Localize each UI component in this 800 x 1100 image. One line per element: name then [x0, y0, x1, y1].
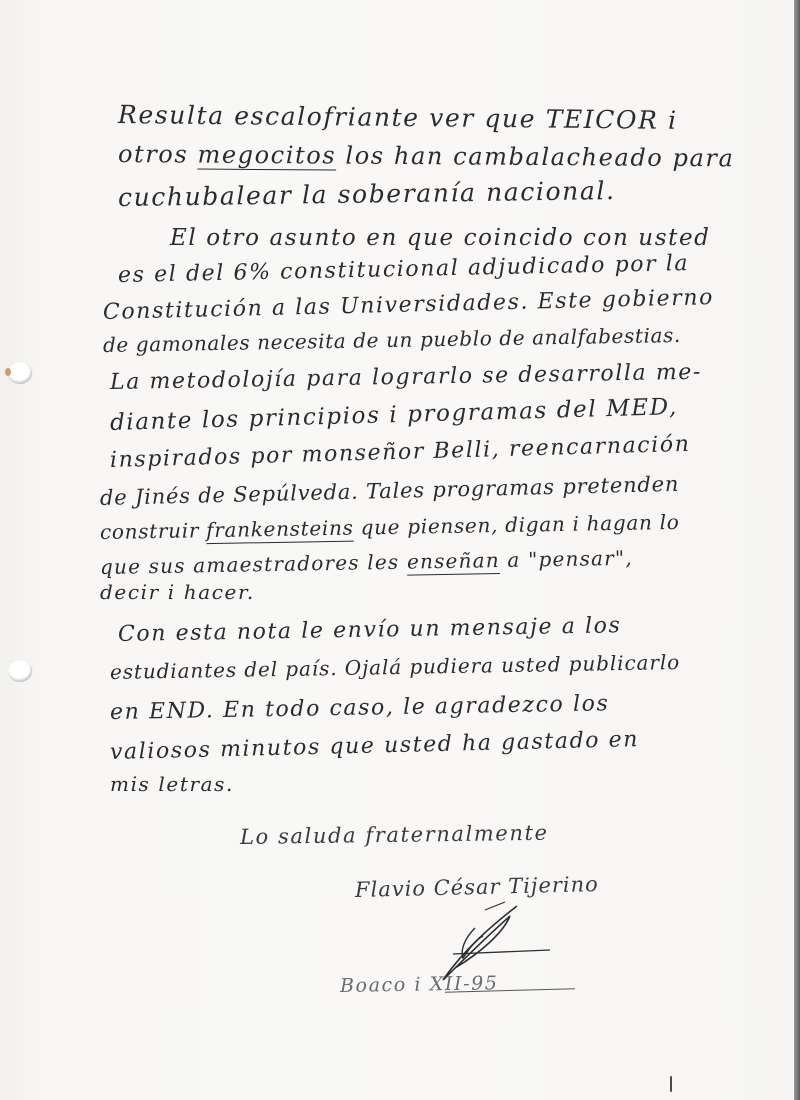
letter-line: valiosos minutos que usted ha gastado en [110, 727, 640, 765]
letter-line: Resulta escalofriante ver que TEICOR i [118, 100, 678, 135]
letter-line: otros megocitos los han cambalacheado pa… [118, 140, 735, 172]
scan-edge [794, 0, 800, 1100]
underlined-word: enseñan [407, 548, 500, 574]
letter-line: que sus amaestradores les enseñan a "pen… [100, 546, 633, 579]
letter-line: La metodolojía para lograrlo se desarrol… [110, 360, 702, 395]
underlined-word: frankensteins [206, 516, 354, 543]
text-segment: los han cambalacheado para [336, 142, 734, 173]
text-segment: a "pensar", [500, 546, 633, 572]
letter-line: de gamonales necesita de un pueblo de an… [103, 323, 681, 357]
letter-line: Constitución a las Universidades. Este g… [103, 285, 715, 325]
binder-hole-bottom [8, 660, 32, 682]
letter-line: estudiantes del país. Ojalá pudiera uste… [110, 650, 680, 684]
letter-line: El otro asunto en que coincido con usted [170, 225, 711, 251]
letter-line: en END. En todo caso, le agradezco los [110, 691, 610, 725]
letter-line: mis letras. [110, 772, 234, 796]
letter-line: es el del 6% constitucional adjudicado p… [118, 251, 690, 288]
letter-line: inspirados por monseñor Belli, reencarna… [110, 432, 691, 473]
letter-page: Resulta escalofriante ver que TEICOR i o… [0, 0, 794, 1100]
stray-pen-mark [670, 1076, 672, 1092]
underlined-word: megocitos [197, 141, 336, 170]
letter-line: Con esta nota le envío un mensaje a los [118, 613, 622, 647]
letter-line: de Jinés de Sepúlveda. Tales programas p… [100, 472, 680, 510]
closing-salutation: Lo saluda fraternalmente [240, 821, 549, 849]
binder-hole-top [8, 362, 32, 384]
place-date: Boaco i XII-95 [340, 972, 499, 997]
text-segment: otros [118, 140, 198, 169]
text-segment: que piensen, digan i hagan lo [353, 510, 679, 540]
letter-line: diante los principios i programas del ME… [110, 394, 679, 436]
text-segment: que sus amaestradores les [100, 550, 407, 579]
letter-line: cuchubalear la soberanía nacional. [118, 176, 616, 212]
text-segment: construir [100, 518, 207, 544]
letter-line: construir frankensteins que piensen, dig… [100, 510, 680, 544]
letter-line: decir i hacer. [100, 580, 255, 604]
